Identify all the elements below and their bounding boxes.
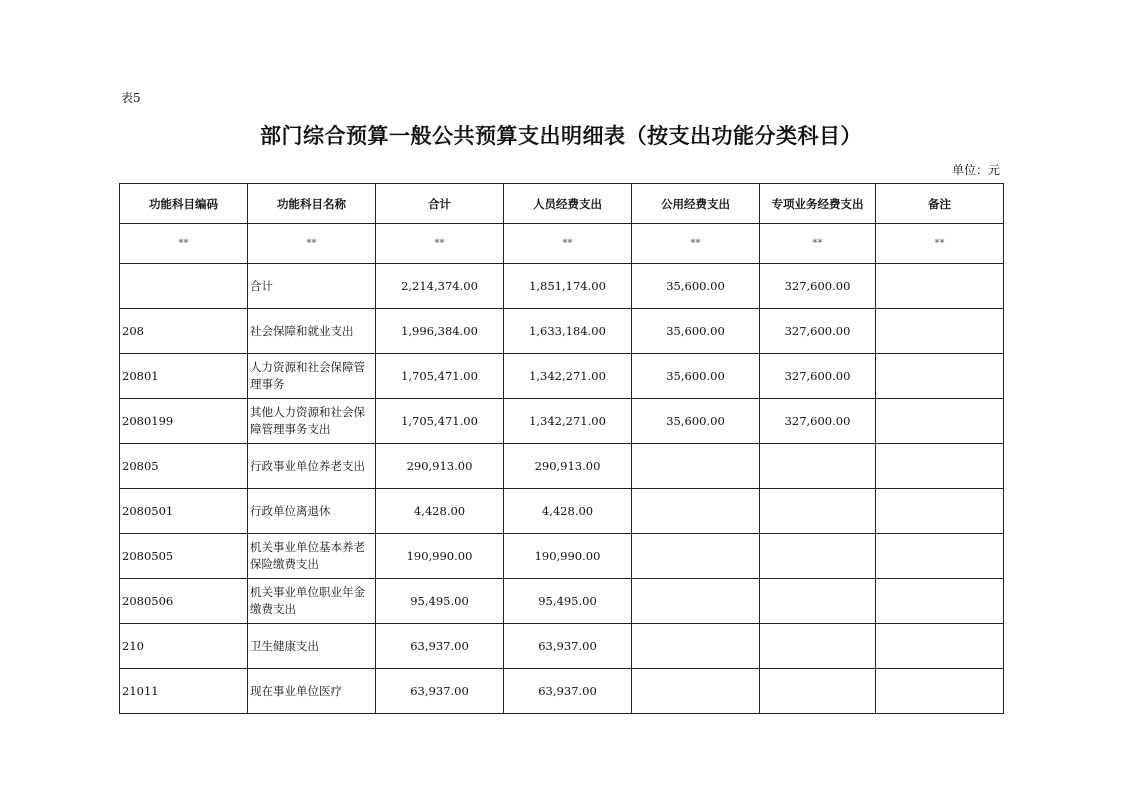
- column-header: 功能科目编码: [120, 184, 248, 224]
- placeholder-cell: **: [120, 224, 248, 264]
- cell-personnel: 1,851,174.00: [504, 264, 632, 309]
- cell-special: [760, 534, 876, 579]
- cell-note: [876, 444, 1004, 489]
- page-title: 部门综合预算一般公共预算支出明细表（按支出功能分类科目）: [0, 120, 1122, 150]
- cell-code: 20801: [120, 354, 248, 399]
- cell-total: 2,214,374.00: [376, 264, 504, 309]
- cell-name: 卫生健康支出: [248, 624, 376, 669]
- cell-public: [632, 444, 760, 489]
- unit-label: 单位：元: [952, 161, 1000, 178]
- table-row: 20805行政事业单位养老支出290,913.00290,913.00: [120, 444, 1004, 489]
- column-header: 功能科目名称: [248, 184, 376, 224]
- cell-total: 95,495.00: [376, 579, 504, 624]
- cell-name: 社会保障和就业支出: [248, 309, 376, 354]
- cell-special: [760, 669, 876, 714]
- placeholder-cell: **: [248, 224, 376, 264]
- placeholder-cell: **: [376, 224, 504, 264]
- cell-name: 行政单位离退休: [248, 489, 376, 534]
- cell-total: 1,996,384.00: [376, 309, 504, 354]
- table-number: 表5: [121, 89, 141, 106]
- cell-total: 4,428.00: [376, 489, 504, 534]
- cell-personnel: 1,633,184.00: [504, 309, 632, 354]
- table-row: 合计2,214,374.001,851,174.0035,600.00327,6…: [120, 264, 1004, 309]
- cell-personnel: 290,913.00: [504, 444, 632, 489]
- cell-code: 2080506: [120, 579, 248, 624]
- cell-special: 327,600.00: [760, 354, 876, 399]
- cell-personnel: 1,342,271.00: [504, 354, 632, 399]
- cell-name: 机关事业单位基本养老保险缴费支出: [248, 534, 376, 579]
- cell-special: [760, 579, 876, 624]
- cell-name: 现在事业单位医疗: [248, 669, 376, 714]
- cell-special: 327,600.00: [760, 309, 876, 354]
- cell-special: 327,600.00: [760, 399, 876, 444]
- cell-total: 1,705,471.00: [376, 354, 504, 399]
- cell-total: 63,937.00: [376, 669, 504, 714]
- cell-code: 208: [120, 309, 248, 354]
- cell-public: [632, 624, 760, 669]
- cell-name: 机关事业单位职业年金缴费支出: [248, 579, 376, 624]
- table-row: 21011现在事业单位医疗63,937.0063,937.00: [120, 669, 1004, 714]
- cell-name: 行政事业单位养老支出: [248, 444, 376, 489]
- cell-code: [120, 264, 248, 309]
- cell-public: [632, 489, 760, 534]
- cell-note: [876, 534, 1004, 579]
- cell-note: [876, 309, 1004, 354]
- cell-personnel: 190,990.00: [504, 534, 632, 579]
- column-header: 合计: [376, 184, 504, 224]
- expenditure-table: 功能科目编码 功能科目名称 合计 人员经费支出 公用经费支出 专项业务经费支出 …: [119, 183, 1004, 714]
- column-header: 人员经费支出: [504, 184, 632, 224]
- cell-special: [760, 489, 876, 534]
- cell-public: 35,600.00: [632, 354, 760, 399]
- cell-name: 其他人力资源和社会保障管理事务支出: [248, 399, 376, 444]
- cell-note: [876, 624, 1004, 669]
- column-header: 专项业务经费支出: [760, 184, 876, 224]
- cell-personnel: 63,937.00: [504, 624, 632, 669]
- cell-total: 63,937.00: [376, 624, 504, 669]
- cell-note: [876, 399, 1004, 444]
- cell-note: [876, 669, 1004, 714]
- cell-public: 35,600.00: [632, 264, 760, 309]
- cell-name: 人力资源和社会保障管理事务: [248, 354, 376, 399]
- cell-total: 290,913.00: [376, 444, 504, 489]
- table-row: 208社会保障和就业支出1,996,384.001,633,184.0035,6…: [120, 309, 1004, 354]
- table-row: 2080501行政单位离退休4,428.004,428.00: [120, 489, 1004, 534]
- cell-total: 190,990.00: [376, 534, 504, 579]
- header-row: 功能科目编码 功能科目名称 合计 人员经费支出 公用经费支出 专项业务经费支出 …: [120, 184, 1004, 224]
- cell-personnel: 1,342,271.00: [504, 399, 632, 444]
- placeholder-row: ** ** ** ** ** ** **: [120, 224, 1004, 264]
- cell-code: 2080199: [120, 399, 248, 444]
- column-header: 公用经费支出: [632, 184, 760, 224]
- cell-total: 1,705,471.00: [376, 399, 504, 444]
- cell-code: 20805: [120, 444, 248, 489]
- cell-special: [760, 444, 876, 489]
- cell-public: 35,600.00: [632, 309, 760, 354]
- cell-personnel: 4,428.00: [504, 489, 632, 534]
- cell-note: [876, 489, 1004, 534]
- column-header: 备注: [876, 184, 1004, 224]
- cell-special: [760, 624, 876, 669]
- table-row: 2080506机关事业单位职业年金缴费支出95,495.0095,495.00: [120, 579, 1004, 624]
- cell-code: 2080501: [120, 489, 248, 534]
- cell-personnel: 63,937.00: [504, 669, 632, 714]
- table-row: 2080505机关事业单位基本养老保险缴费支出190,990.00190,990…: [120, 534, 1004, 579]
- table-row: 20801人力资源和社会保障管理事务1,705,471.001,342,271.…: [120, 354, 1004, 399]
- cell-note: [876, 579, 1004, 624]
- placeholder-cell: **: [504, 224, 632, 264]
- table-row: 210卫生健康支出63,937.0063,937.00: [120, 624, 1004, 669]
- placeholder-cell: **: [760, 224, 876, 264]
- cell-note: [876, 354, 1004, 399]
- cell-public: [632, 579, 760, 624]
- cell-personnel: 95,495.00: [504, 579, 632, 624]
- cell-public: [632, 534, 760, 579]
- cell-note: [876, 264, 1004, 309]
- cell-name: 合计: [248, 264, 376, 309]
- placeholder-cell: **: [876, 224, 1004, 264]
- cell-code: 21011: [120, 669, 248, 714]
- cell-code: 210: [120, 624, 248, 669]
- cell-special: 327,600.00: [760, 264, 876, 309]
- cell-code: 2080505: [120, 534, 248, 579]
- table-row: 2080199其他人力资源和社会保障管理事务支出1,705,471.001,34…: [120, 399, 1004, 444]
- cell-public: [632, 669, 760, 714]
- cell-public: 35,600.00: [632, 399, 760, 444]
- placeholder-cell: **: [632, 224, 760, 264]
